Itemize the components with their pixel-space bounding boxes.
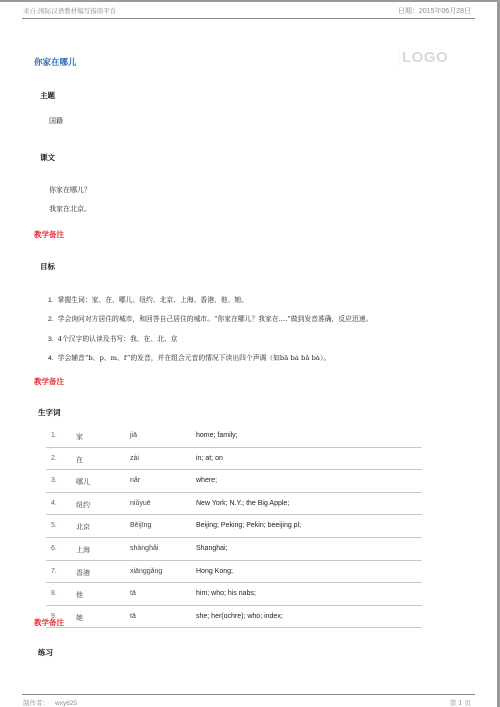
vocab-pinyin: tā (130, 613, 136, 620)
table-row: 1. 家 jiā home; family; (46, 425, 422, 448)
vocab-number: 6. (51, 545, 57, 552)
vocab-english: Shanghai; (196, 545, 228, 552)
theme-value: 国籍 (49, 116, 63, 126)
header-date: 日期：2015年06月28日 (398, 6, 471, 16)
goal-text: 学会辅音“b、p、m、f”的发音，并在组合元音的情况下读出四个声调（如bā bá… (58, 354, 331, 362)
vocab-hanzi: 家 (76, 432, 83, 442)
goal-number: 1. (48, 297, 54, 304)
vocab-hanzi: 纽约 (76, 500, 90, 510)
table-row: 4. 纽约 niǔyuē New York; N.Y.; the Big App… (46, 493, 422, 516)
author-label: 制作者： (23, 699, 49, 707)
vocab-english: Beijing; Peking; Pekin; beeijing pl; (196, 522, 301, 529)
vocab-number: 4. (51, 500, 57, 507)
document-page: 来自:国际汉语教材编写指南平台 日期：2015年06月28日 你家在哪儿 LOG… (0, 0, 500, 707)
vocab-pinyin: shànghǎi (130, 545, 158, 552)
teaching-note-heading: 教学备注 (34, 617, 64, 628)
goal-text: 学会询问对方居住的城市，和回答自己居住的城市。“你家在哪儿？我家在....”做到… (58, 315, 373, 323)
text-line: 你家在哪儿？ (49, 185, 91, 195)
goal-item: 3.4个汉字的认读及书写：我、在、北、京 (48, 333, 178, 343)
vocab-pinyin: Běijīng (130, 522, 151, 529)
teaching-note-heading: 教学备注 (34, 376, 64, 387)
logo: LOGO (398, 49, 448, 66)
vocab-english: Hong Kong; (196, 568, 233, 575)
goals-heading: 目标 (40, 261, 55, 272)
author-name: wxy625 (55, 700, 77, 707)
vocab-number: 3. (51, 477, 57, 484)
vocab-hanzi: 北京 (76, 522, 90, 532)
vocab-number: 8. (51, 590, 57, 597)
vocab-heading: 生字词 (38, 407, 61, 418)
footer-divider (22, 694, 475, 695)
table-row: 8. 他 tā him; who; his nabs; (46, 583, 422, 606)
vocab-pinyin: zài (130, 455, 139, 462)
table-row: 9. 她 tā she; her(ochre); who; index; (46, 606, 422, 629)
vocab-english: home; family; (196, 432, 238, 439)
table-row: 5. 北京 Běijīng Beijing; Peking; Pekin; be… (46, 515, 422, 538)
goal-number: 3. (48, 336, 54, 343)
header-source: 来自:国际汉语教材编写指南平台 (23, 6, 116, 15)
exercise-heading: 练习 (38, 647, 53, 658)
text-line: 我家在北京。 (49, 204, 91, 214)
table-row: 6. 上海 shànghǎi Shanghai; (46, 538, 422, 561)
vocab-hanzi: 他 (76, 590, 83, 600)
goal-number: 2. (48, 316, 54, 323)
vocab-english: New York; N.Y.; the Big Apple; (196, 500, 289, 507)
vocab-english: where; (196, 477, 217, 484)
goal-item: 4.学会辅音“b、p、m、f”的发音，并在组合元音的情况下读出四个声调（如bā … (48, 352, 330, 362)
vocab-pinyin: xiānggǎng (130, 568, 162, 575)
vocab-number: 7. (51, 568, 57, 575)
vocab-hanzi: 哪儿 (76, 477, 90, 487)
vocab-hanzi: 香港 (76, 568, 90, 578)
theme-heading: 主题 (40, 90, 55, 101)
vocab-pinyin: tā (130, 590, 136, 597)
page-number: 第 1 页 (450, 698, 471, 707)
vocab-pinyin: niǔyuē (130, 500, 151, 507)
vocab-english: she; her(ochre); who; index; (196, 613, 283, 620)
vocab-hanzi: 上海 (76, 545, 90, 555)
vocab-number: 5. (51, 522, 57, 529)
table-row: 7. 香港 xiānggǎng Hong Kong; (46, 561, 422, 584)
footer-author: 制作者：wxy625 (23, 698, 77, 707)
vocab-number: 1. (51, 432, 57, 439)
goal-text: 掌握生词：家、在、哪儿、纽约、北京、上海、香港、他、她。 (58, 296, 248, 304)
vocab-hanzi: 在 (76, 455, 83, 465)
vocab-english: him; who; his nabs; (196, 590, 256, 597)
vocab-number: 2. (51, 455, 57, 462)
page-title: 你家在哪儿 (34, 56, 77, 68)
goal-text: 4个汉字的认读及书写：我、在、北、京 (58, 335, 178, 343)
vocab-pinyin: jiā (130, 432, 137, 439)
vocab-hanzi: 她 (76, 613, 83, 623)
text-heading: 课文 (40, 152, 55, 163)
table-row: 3. 哪儿 nǎr where; (46, 470, 422, 493)
vocab-pinyin: nǎr (130, 477, 140, 484)
goal-item: 1.掌握生词：家、在、哪儿、纽约、北京、上海、香港、他、她。 (48, 294, 248, 304)
teaching-note-heading: 教学备注 (34, 229, 64, 240)
header-divider (22, 18, 475, 19)
vocab-english: in; at; on (196, 455, 223, 462)
vocab-table: 1. 家 jiā home; family; 2. 在 zài in; at; … (46, 425, 422, 628)
goal-item: 2.学会询问对方居住的城市，和回答自己居住的城市。“你家在哪儿？我家在....”… (48, 313, 372, 323)
table-row: 2. 在 zài in; at; on (46, 448, 422, 471)
goal-number: 4. (48, 355, 54, 362)
